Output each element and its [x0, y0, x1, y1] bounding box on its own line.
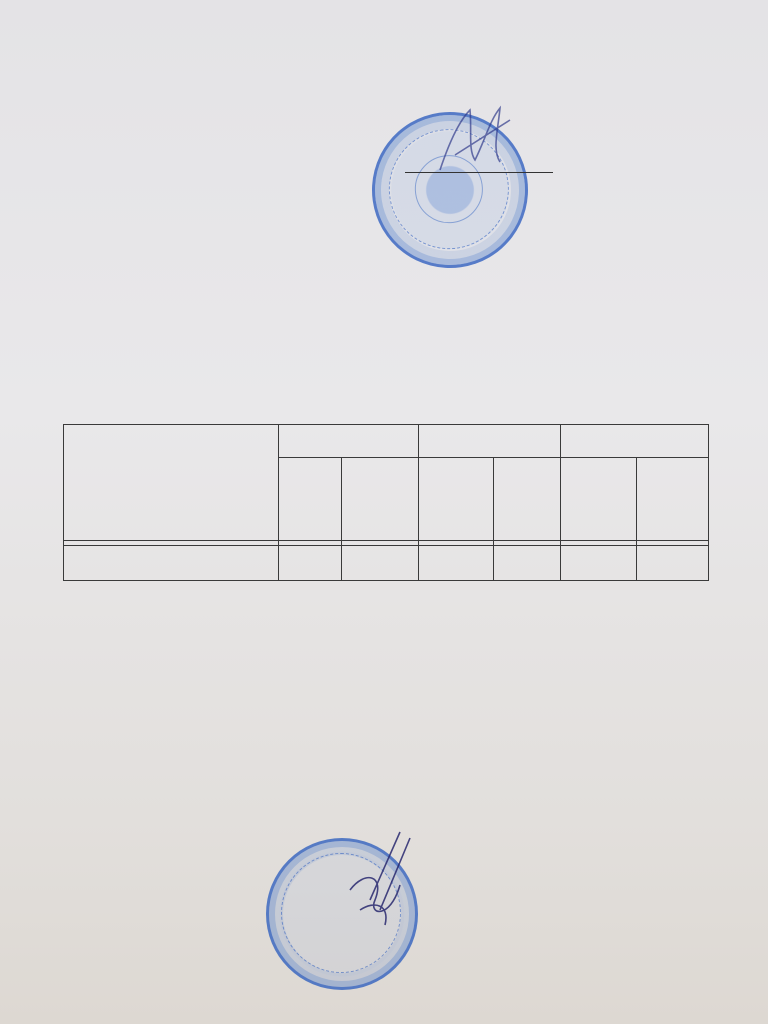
group-header-5-9 — [419, 425, 561, 458]
total-price-10-11 — [637, 546, 709, 581]
price-header-1-4 — [342, 458, 419, 541]
dish-name-header — [64, 425, 279, 541]
yield-header-5-9 — [419, 458, 494, 541]
total-price-1-4 — [342, 546, 419, 581]
group-header-10-11 — [561, 425, 709, 458]
total-yield-10-11 — [561, 546, 637, 581]
yield-header-1-4 — [279, 458, 342, 541]
menu-table — [63, 424, 709, 581]
price-header-5-9 — [494, 458, 561, 541]
total-yield-1-4 — [279, 546, 342, 581]
yield-header-10-11 — [561, 458, 637, 541]
totals-row — [64, 546, 709, 581]
total-yield-5-9 — [419, 546, 494, 581]
price-header-10-11 — [637, 458, 709, 541]
total-price-5-9 — [494, 546, 561, 581]
production-stamp — [266, 838, 418, 990]
group-header-1-4 — [279, 425, 419, 458]
total-label — [64, 546, 279, 581]
signature-line — [405, 172, 553, 173]
approval-stamp — [362, 102, 538, 278]
